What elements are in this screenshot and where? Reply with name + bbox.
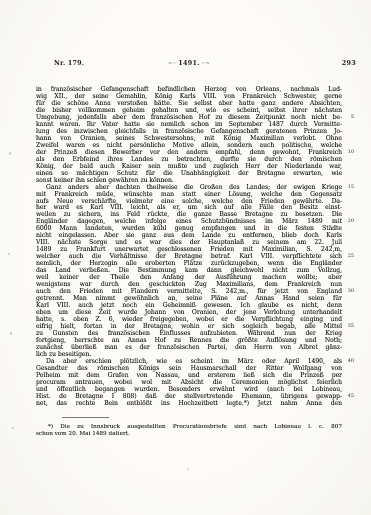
page-header: Nr. 179. ~◦1491.◦~ 293: [36, 58, 342, 68]
text-line: und öffentlich begangen wurden. Besonder…: [36, 386, 342, 393]
text-line: sonst keiner ihn schien gewähren zu könn…: [36, 177, 342, 184]
text-line: hatte, s. oben Z. 6, wieder freigegeben,…: [36, 316, 342, 323]
text-line-content: nemlich, der Herzogin alle eroberten Plä…: [36, 260, 342, 267]
text-line-content: einen so mächtigen Schutz für die Unabhä…: [36, 170, 342, 177]
text-line: Ganz anders aber dachten theilweise die …: [36, 184, 342, 191]
text-line-content: weil keiner der Theile den Anfang der Au…: [36, 274, 342, 281]
text-line-content: zu Gunsten des französischen Einflusses …: [36, 330, 342, 337]
text-line: die bisher vollkommen geheim gehalten un…: [36, 107, 342, 114]
text-line-content: wenigstens war durch den geschickten Zug…: [36, 281, 342, 288]
scan-speck: [187, 468, 189, 470]
text-line: aufs Neue verschärfte, vielmehr eine sol…: [36, 198, 342, 205]
text-line: zu Gunsten des französischen Einflusses …: [36, 330, 342, 337]
margin-line-number: 15: [338, 184, 354, 191]
text-line-content: Hist. de Bretagne I 808) daß der stellve…: [36, 393, 342, 400]
text-line: welcher auch die Verhältnisse der Bretag…: [36, 253, 342, 260]
text-line: 6000 Mann landeten, wurden kühl genug em…: [36, 225, 342, 232]
text-line: wenigstens war durch den geschickten Zug…: [36, 281, 342, 288]
margin-line-number: 20: [348, 218, 354, 225]
text-line: her ward es Karl VIII. leicht, als er, u…: [36, 204, 342, 211]
text-line: lung des inzwischen gleichfalls in franz…: [36, 128, 342, 135]
text-line: Da aber erschien plötzlich, wie es schei…: [36, 358, 342, 365]
text-line: in französischer Gefangenschaft befindli…: [36, 86, 342, 93]
text-line: weilen zu sichern, ins Feld rückte, die …: [36, 211, 342, 218]
text-line: Umgebung, jedenfalls aber dem französisc…: [36, 114, 342, 121]
text-line-content: zunächst überließ man es der französisch…: [36, 344, 342, 351]
text-line: als den Erbfeind ihres Landes zu betrach…: [36, 156, 342, 163]
text-line: Engländer dagegen, welche infolge eines …: [36, 218, 342, 225]
text-line-content: mit Frankreich müde, wünschte man statt …: [36, 191, 342, 198]
footnote-line-2: schon vom 20. Mai 1489 datiert.: [36, 431, 342, 438]
text-line: das Land verließen. Die Bestimmung kam d…: [36, 267, 342, 274]
text-line-content: aufs Neue verschärfte, vielmehr eine sol…: [36, 198, 342, 205]
text-line-content: sonst keiner ihn schien gewähren zu könn…: [36, 177, 174, 184]
text-line-content: die bisher vollkommen geheim gehalten un…: [36, 107, 342, 114]
text-line: kannt waren. Ihr Vater hatte sie nemlich…: [36, 121, 342, 128]
text-line-content: Polheim mit dem Grafen von Nassau, und e…: [36, 372, 342, 379]
text-line-content: Karl VIII. auch jetzt noch ein Geheimniß…: [36, 302, 342, 309]
text-line: 1489 zu Frankfurt unerwartet geschlossen…: [36, 246, 342, 253]
text-line-content: hann von Oranien, seines Schwestersohns,…: [36, 135, 342, 142]
text-line-content: 1489 zu Frankfurt unerwartet geschlossen…: [36, 246, 342, 253]
text-line-content: Zweifel waren es nicht persönliche Motiv…: [36, 142, 342, 149]
text-line-content: hatte, s. oben Z. 6, wieder freigegeben,…: [36, 316, 342, 323]
text-line: auch den Frieden mit Flandern vermittelt…: [36, 288, 342, 295]
text-line: Gesandter des römischen Königs sein Haus…: [36, 365, 342, 372]
text-line-content: nicht eingelassen. Aber sie ganz aus dem…: [36, 232, 342, 239]
fleuron-right-icon: ◦~: [200, 61, 212, 67]
text-line: Zweifel waren es nicht persönliche Motiv…: [36, 142, 342, 149]
text-line-content: und öffentlich begangen wurden. Besonder…: [36, 386, 342, 393]
fleuron-left-icon: ~◦: [166, 61, 178, 67]
text-line: zunächst überließ man es der französisch…: [36, 344, 342, 351]
text-line-content: auch den Frieden mit Flandern vermittelt…: [36, 288, 342, 295]
text-line: getrennt. Man nimmt gewöhnlich an, seine…: [36, 295, 342, 302]
text-line: mit Frankreich müde, wünschte man statt …: [36, 191, 342, 198]
text-line-content: procuram antrauen, wobei wol mit Absicht…: [36, 379, 342, 386]
text-line-content: kannt waren. Ihr Vater hatte sie nemlich…: [36, 121, 342, 128]
margin-line-number: 5: [351, 114, 354, 121]
text-line-content: her ward es Karl VIII. leicht, als er, u…: [36, 204, 342, 211]
margin-line-number: 40: [338, 358, 354, 365]
margin-line-number: 10: [348, 149, 354, 156]
text-line-content: fortgieng, herrschte an Annas Hof zu Ren…: [36, 337, 342, 344]
text-line-content: getrennt. Man nimmt gewöhnlich an, seine…: [36, 295, 342, 302]
text-line-content: 6000 Mann landeten, wurden kühl genug em…: [36, 225, 342, 232]
text-line-content: Engländer dagegen, welche infolge eines …: [36, 218, 342, 225]
text-line: eben um diese Zeit wurde Johann von Oran…: [36, 309, 342, 316]
text-line: fortgieng, herrschte an Annas Hof zu Ren…: [36, 337, 342, 344]
text-line: wig XII., der seine Gemahlin, König Karl…: [36, 93, 342, 100]
margin-line-number: 25: [348, 253, 354, 260]
margin-line-number: 35: [348, 323, 354, 330]
text-line-content: net, das rechte Bein entblößt ins Hochze…: [36, 400, 342, 407]
scanned-page: Nr. 179. ~◦1491.◦~ 293 in französischer …: [0, 0, 371, 515]
text-line-content: als den Erbfeind ihres Landes zu betrach…: [36, 156, 342, 163]
text-line: eifrig hielt, fortan in der Bretagne, wo…: [36, 323, 342, 330]
text-line: net, das rechte Bein entblößt ins Hochze…: [36, 400, 342, 407]
text-line-content: lich zu beseitigen.: [36, 351, 91, 358]
text-line: einen so mächtigen Schutz für die Unabhä…: [36, 170, 342, 177]
text-line: procuram antrauen, wobei wol mit Absicht…: [36, 379, 342, 386]
text-line-content: der Prinzeß diesen Bewerber vor den ande…: [36, 149, 342, 156]
text-line: lich zu beseitigen.: [36, 351, 342, 358]
text-line-content: Ganz anders aber dachten theilweise die …: [46, 184, 342, 191]
text-line-content: welcher auch die Verhältnisse der Bretag…: [36, 253, 342, 260]
footnote-line-1: *) Die zu Innsbruck ausgestellten Procur…: [36, 424, 342, 431]
text-line-content: König, der bald auch Kaiser sein mußte u…: [36, 163, 342, 170]
text-line: VIII. nächste Sorge und es war dies der …: [36, 239, 342, 246]
text-line-content: weilen zu sichern, ins Feld rückte, die …: [36, 211, 342, 218]
text-line-content: in französischer Gefangenschaft befindli…: [36, 86, 342, 93]
page-number: 293: [342, 58, 356, 68]
year-heading: ~◦1491.◦~: [36, 58, 342, 69]
text-line: Polheim mit dem Grafen von Nassau, und e…: [36, 372, 342, 379]
text-line-content: eifrig hielt, fortan in der Bretagne, wo…: [36, 323, 342, 330]
scan-speck: [12, 427, 14, 429]
text-line: Hist. de Bretagne I 808) daß der stellve…: [36, 393, 342, 400]
text-line-content: wig XII., der seine Gemahlin, König Karl…: [36, 93, 342, 100]
margin-line-number: 45: [348, 393, 354, 400]
body-text: in französischer Gefangenschaft befindli…: [36, 86, 342, 407]
scan-speck: [9, 152, 11, 155]
text-line: nemlich, der Herzogin alle eroberten Plä…: [36, 260, 342, 267]
text-line-content: eben um diese Zeit wurde Johann von Oran…: [36, 309, 342, 316]
year-label: 1491.: [178, 59, 200, 67]
footnote: *) Die zu Innsbruck ausgestellten Procur…: [36, 424, 342, 438]
text-line: König, der bald auch Kaiser sein mußte u…: [36, 163, 342, 170]
text-line: nicht eingelassen. Aber sie ganz aus dem…: [36, 232, 342, 239]
text-line-content: VIII. nächste Sorge und es war dies der …: [36, 239, 342, 246]
text-line-content: Umgebung, jedenfalls aber dem französisc…: [36, 114, 342, 121]
text-line: weil keiner der Theile den Anfang der Au…: [36, 274, 342, 281]
footnote-rule: [62, 417, 109, 418]
text-line-content: Gesandter des römischen Königs sein Haus…: [36, 365, 342, 372]
text-line-content: lung des inzwischen gleichfalls in franz…: [36, 128, 342, 135]
text-line-content: das Land verließen. Die Bestimmung kam d…: [36, 267, 342, 274]
text-line: der Prinzeß diesen Bewerber vor den ande…: [36, 149, 342, 156]
text-line-content: Da aber erschien plötzlich, wie es schei…: [46, 358, 342, 365]
margin-line-number: 30: [348, 288, 354, 295]
text-line-content: für die schöne Anna verstoßen hätte. Sie…: [36, 100, 342, 107]
text-line: für die schöne Anna verstoßen hätte. Sie…: [36, 100, 342, 107]
text-line: Karl VIII. auch jetzt noch ein Geheimniß…: [36, 302, 342, 309]
text-line: hann von Oranien, seines Schwestersohns,…: [36, 135, 342, 142]
scan-speck: [8, 253, 10, 255]
scan-speck: [10, 332, 12, 335]
